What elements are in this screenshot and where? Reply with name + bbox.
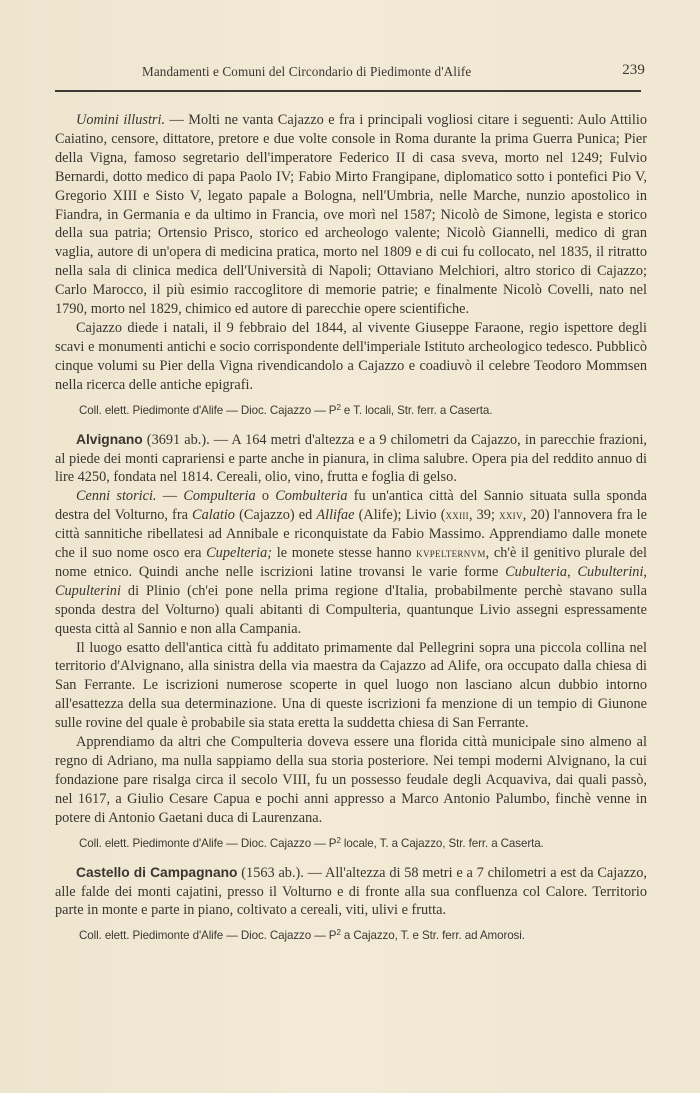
text-run: le monete stesse hanno xyxy=(272,545,416,561)
text-run: o xyxy=(256,488,276,504)
running-header: Mandamenti e Comuni del Circondario di P… xyxy=(55,60,647,84)
smallcaps-term: xxiv xyxy=(499,508,523,522)
meta-text: locale, T. a Cajazzo, Str. ferr. a Caser… xyxy=(341,837,544,850)
running-title: Mandamenti e Comuni del Circondario di P… xyxy=(142,64,471,80)
paragraph-luogo-esatto: Il luogo esatto dell'antica città fu add… xyxy=(55,639,647,734)
entry-castello-di-campagnano: Castello di Campagnano (1563 ab.). — All… xyxy=(55,864,647,921)
text-run: (Cajazzo) ed xyxy=(235,507,316,523)
entry-meta-castello: Coll. elett. Piedimonte d'Alife — Dioc. … xyxy=(79,925,647,944)
meta-text: Coll. elett. Piedimonte d'Alife — Dioc. … xyxy=(79,929,336,942)
entry-name-alvignano: Alvignano xyxy=(76,432,143,447)
italic-term: Cubulterini xyxy=(577,564,643,580)
page-body: Uomini illustri. — Molti ne vanta Cajazz… xyxy=(55,111,647,944)
italic-term: Cupelteria; xyxy=(206,545,272,561)
smallcaps-term: kvpelternvm xyxy=(416,546,485,560)
entry-alvignano: Alvignano (3691 ab.). — A 164 metri d'al… xyxy=(55,431,647,488)
entry-meta-alvignano: Coll. elett. Piedimonte d'Alife — Dioc. … xyxy=(79,833,647,852)
entry-name-castello-di-campagnano: Castello di Campagnano xyxy=(76,865,237,880)
paragraph-text: (3691 ab.). — A 164 metri d'altezza e a … xyxy=(55,432,647,486)
italic-term: Compulteria xyxy=(183,488,255,504)
italic-term: Calatio xyxy=(192,507,235,523)
text-run: (Alife); Livio ( xyxy=(355,507,446,523)
text-run: , 39; xyxy=(469,507,499,523)
meta-text: e T. locali, Str. ferr. a Caserta. xyxy=(341,404,493,417)
section-lead-uomini-illustri: Uomini illustri. xyxy=(76,112,165,128)
entry-meta-cajazzo: Coll. elett. Piedimonte d'Alife — Dioc. … xyxy=(79,400,647,419)
italic-term: Allifae xyxy=(316,507,354,523)
section-lead-cenni-storici: Cenni storici. xyxy=(76,488,157,504)
paragraph-cenni-storici: Cenni storici. — Compulteria o Combulter… xyxy=(55,487,647,638)
paragraph-text: — Molti ne vanta Cajazzo e fra i princip… xyxy=(55,112,647,317)
text-run: , xyxy=(643,564,647,580)
text-run: — xyxy=(157,488,184,504)
paragraph-uomini-illustri: Uomini illustri. — Molti ne vanta Cajazz… xyxy=(55,111,647,319)
text-run: di Plinio (ch'ei pone nella prima region… xyxy=(55,583,647,637)
paragraph-text: Apprendiamo da altri che Compulteria dov… xyxy=(55,734,647,826)
paragraph-text: Cajazzo diede i natali, il 9 febbraio de… xyxy=(55,320,647,393)
page-number: 239 xyxy=(622,62,645,79)
meta-text: a Cajazzo, T. e Str. ferr. ad Amorosi. xyxy=(341,929,525,942)
italic-term: Cubulteria xyxy=(505,564,567,580)
italic-term: Cupulterini xyxy=(55,583,121,599)
italic-term: Combulteria xyxy=(275,488,347,504)
header-rule xyxy=(55,90,641,92)
paragraph-text: Il luogo esatto dell'antica città fu add… xyxy=(55,640,647,732)
paragraph-faraone: Cajazzo diede i natali, il 9 febbraio de… xyxy=(55,319,647,395)
smallcaps-term: xxiii xyxy=(445,508,469,522)
meta-text: Coll. elett. Piedimonte d'Alife — Dioc. … xyxy=(79,404,336,417)
text-run: , xyxy=(567,564,577,580)
paragraph-apprendiamo: Apprendiamo da altri che Compulteria dov… xyxy=(55,733,647,828)
meta-text: Coll. elett. Piedimonte d'Alife — Dioc. … xyxy=(79,837,336,850)
book-page: Mandamenti e Comuni del Circondario di P… xyxy=(55,60,647,956)
